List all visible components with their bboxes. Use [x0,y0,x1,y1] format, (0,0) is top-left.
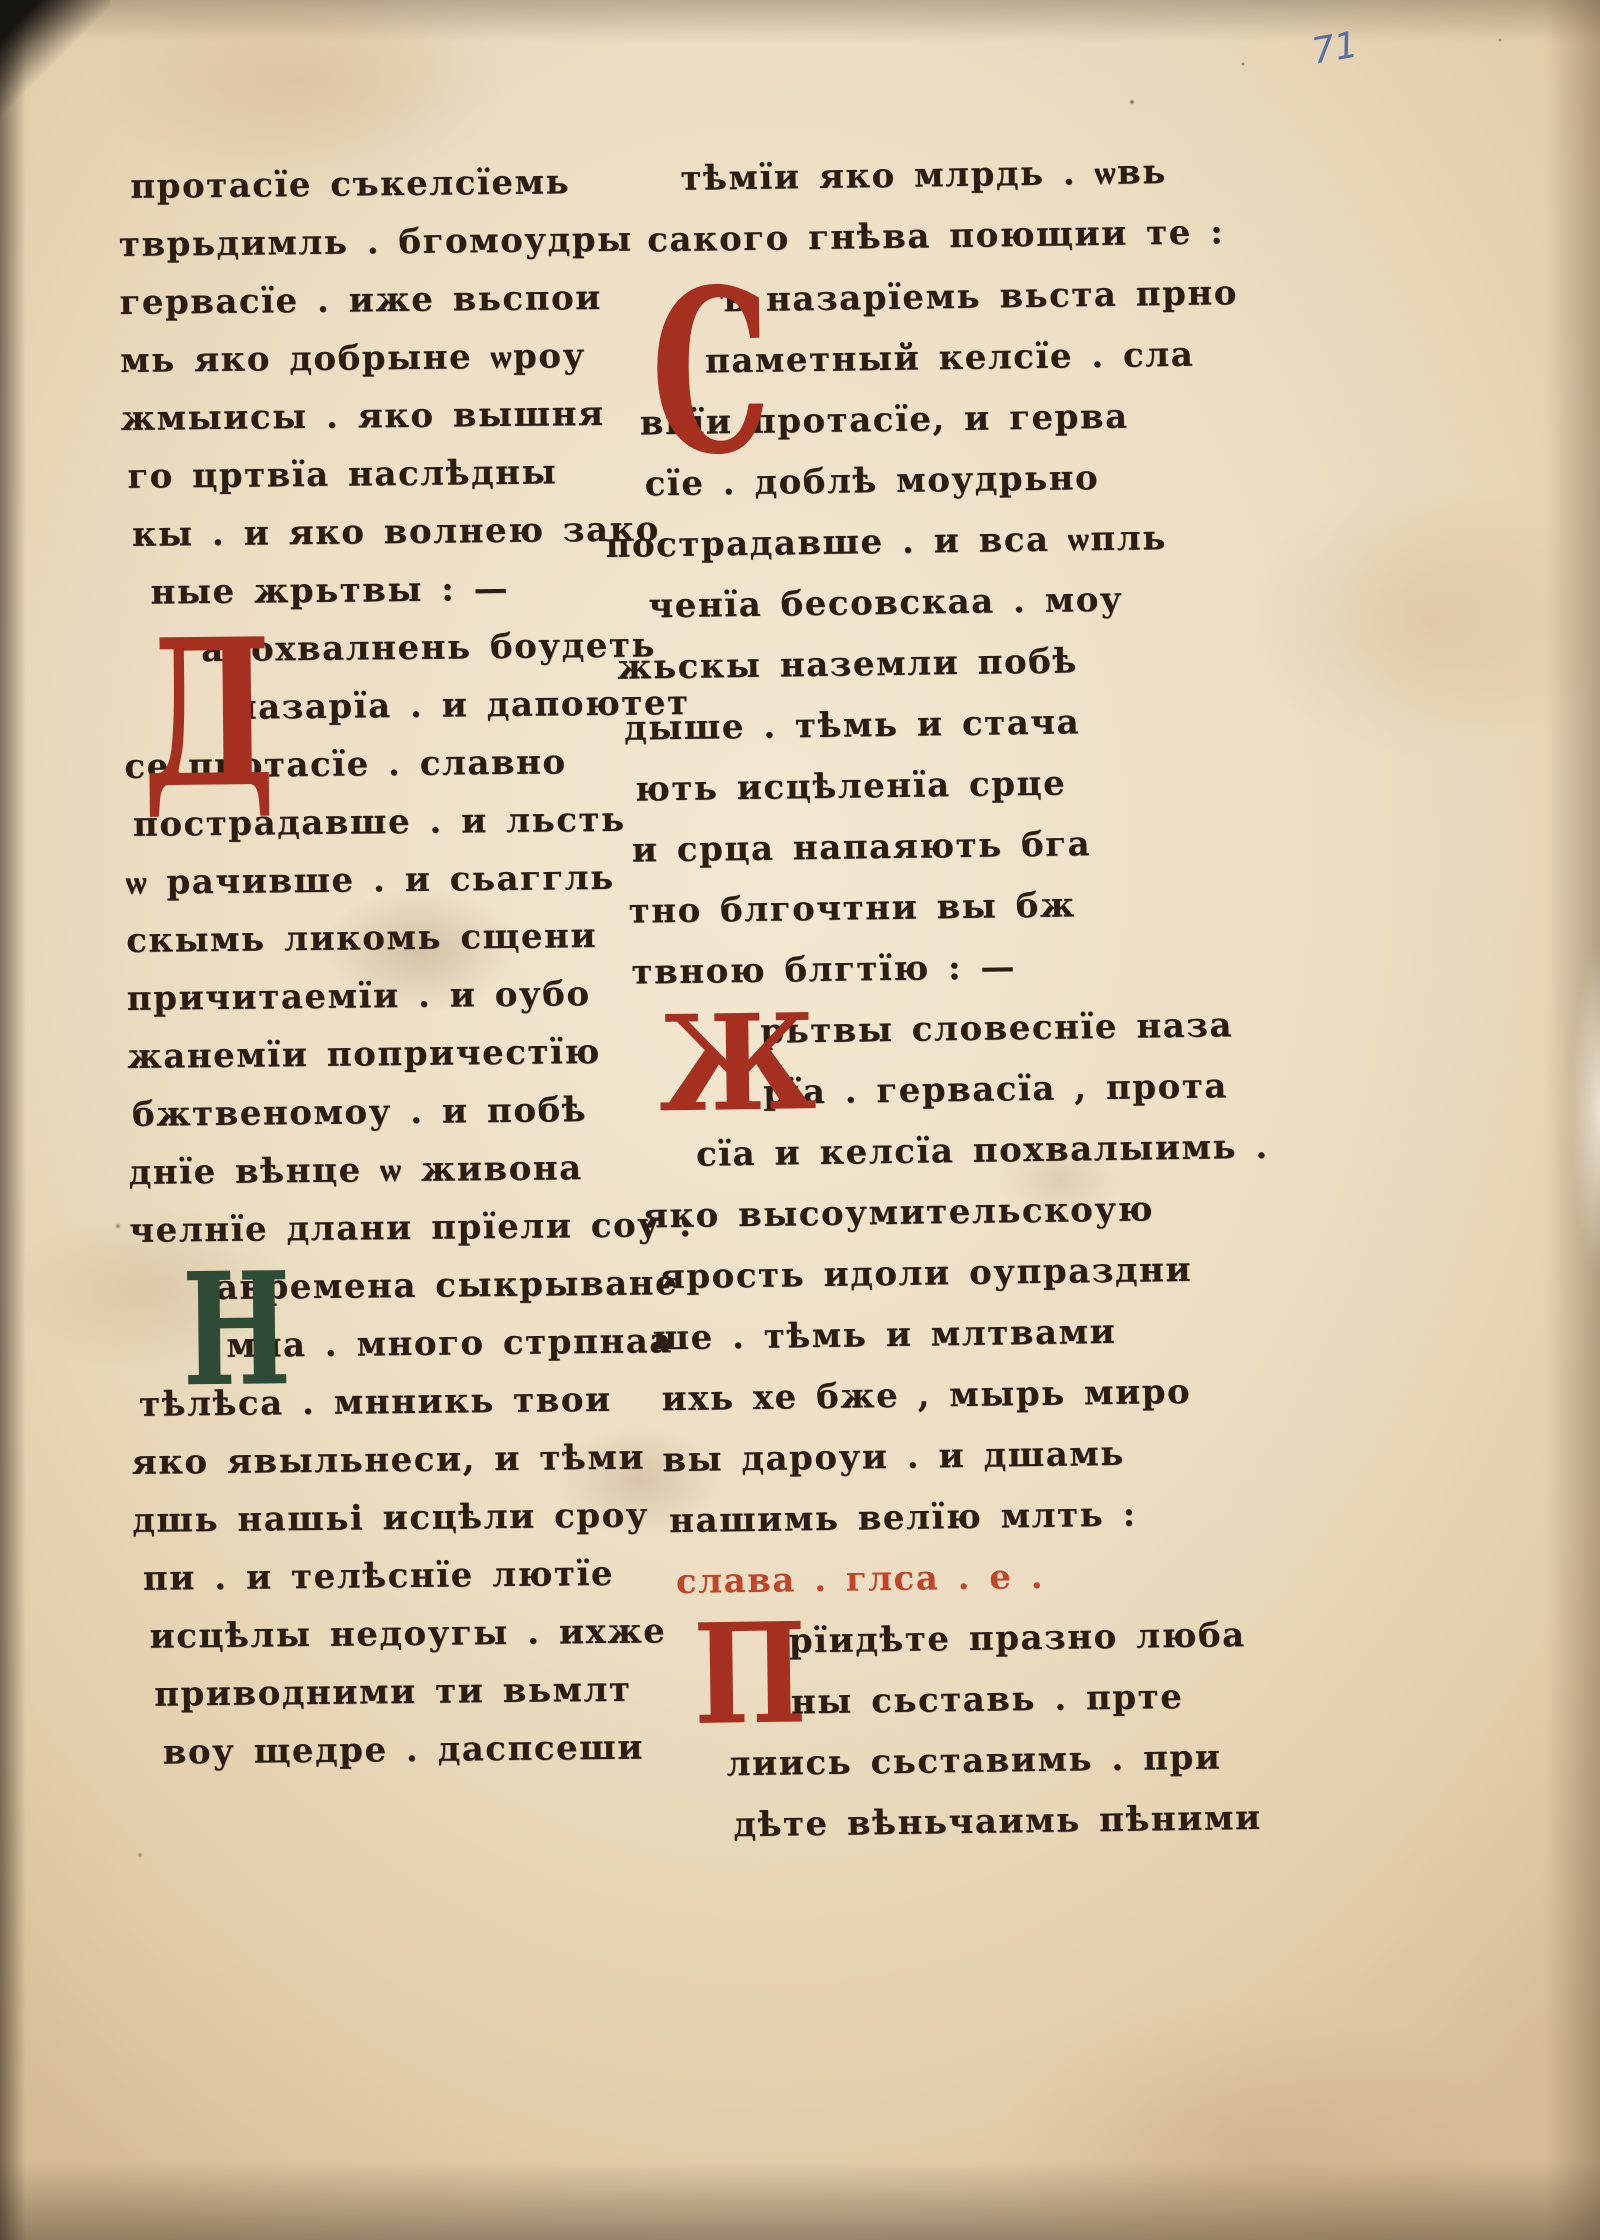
text-line: дѣте вѣньчаимь пѣними [623,1789,1184,1858]
drop-cap-initial: С [650,260,774,487]
text-line: ченїа бесовскаа . моу [606,569,1167,638]
drop-cap-initial: Д [141,612,278,816]
text-line: воу щедре . даспсеши [134,1719,605,1782]
text-line: днїе вѣнце ѡ живона [128,1139,599,1202]
text-column-right: тѣмїи яко млрдь . ѡвьсакого гнѣва поющии… [600,142,1184,1858]
text-line: ють исцѣленїа срце [609,752,1170,821]
text-line: дыше . тѣмь и стача [608,691,1169,760]
text-line: и срца напаяють бга [609,813,1170,882]
text-line: скымь ликомь сщени [126,907,597,970]
text-line: тѣмїи яко млрдь . ѡвь [600,142,1161,211]
text-line: исцѣлы недоугы . ихже [133,1603,604,1666]
text-line: ѡ рачивше . и сьаггль [125,849,596,912]
text-line: жанемїи попричестїю [127,1023,598,1086]
text-line: нашимь велїю млть : [619,1484,1180,1553]
text-line: кы . и яко волнею зако [122,501,593,564]
text-line: жьскы наземли побѣ [607,630,1168,699]
drop-cap-initial: Н [181,1252,293,1408]
text-line: пи . и телѣснїе лютїе [133,1545,604,1608]
text-line: ше . тѣмь и млтвами [616,1301,1177,1370]
text-line: дшь нашьі исцѣли сроу [132,1487,603,1550]
text-line: ихь хе бже , мырь миро [617,1362,1178,1431]
text-line: тно блгочтни вы бж [610,874,1171,943]
text-line: тврьдимль . бгомоудры [119,211,590,274]
folio-number: 71 [1309,24,1361,72]
text-line: бжтвеномоу . и побѣ [128,1081,599,1144]
text-column-left: протасїе съкелсїемьтврьдимль . бгомоудры… [118,153,605,1782]
text-line: яко высоумительскоую [614,1179,1175,1248]
text-line: ярость идоли оупраздни [615,1240,1176,1309]
manuscript-photo: 71 протасїе съкелсїемьтврьдимль . бгомоу… [0,0,1600,2240]
text-line: гервасїе . иже вьспои [119,269,590,332]
text-line: пострадавше . и вса ѡпль [605,508,1166,577]
text-line: яко явыльнеси, и тѣми [131,1429,602,1492]
text-line: жмыисы . яко вышня [120,385,591,448]
text-line: мь яко добрыне ѡроу [120,327,591,390]
text-line: вы дароуи . и дшамь [618,1423,1179,1492]
text-line: го цртвїа наслѣдны [121,443,592,506]
text-line: протасїе съкелсїемь [118,153,589,216]
text-line: причитаемїи . и оубо [127,965,598,1028]
drop-cap-initial: Ж [658,997,819,1131]
text-line: приводними ти вьмлт [134,1661,605,1724]
drop-cap-initial: П [692,1605,809,1745]
